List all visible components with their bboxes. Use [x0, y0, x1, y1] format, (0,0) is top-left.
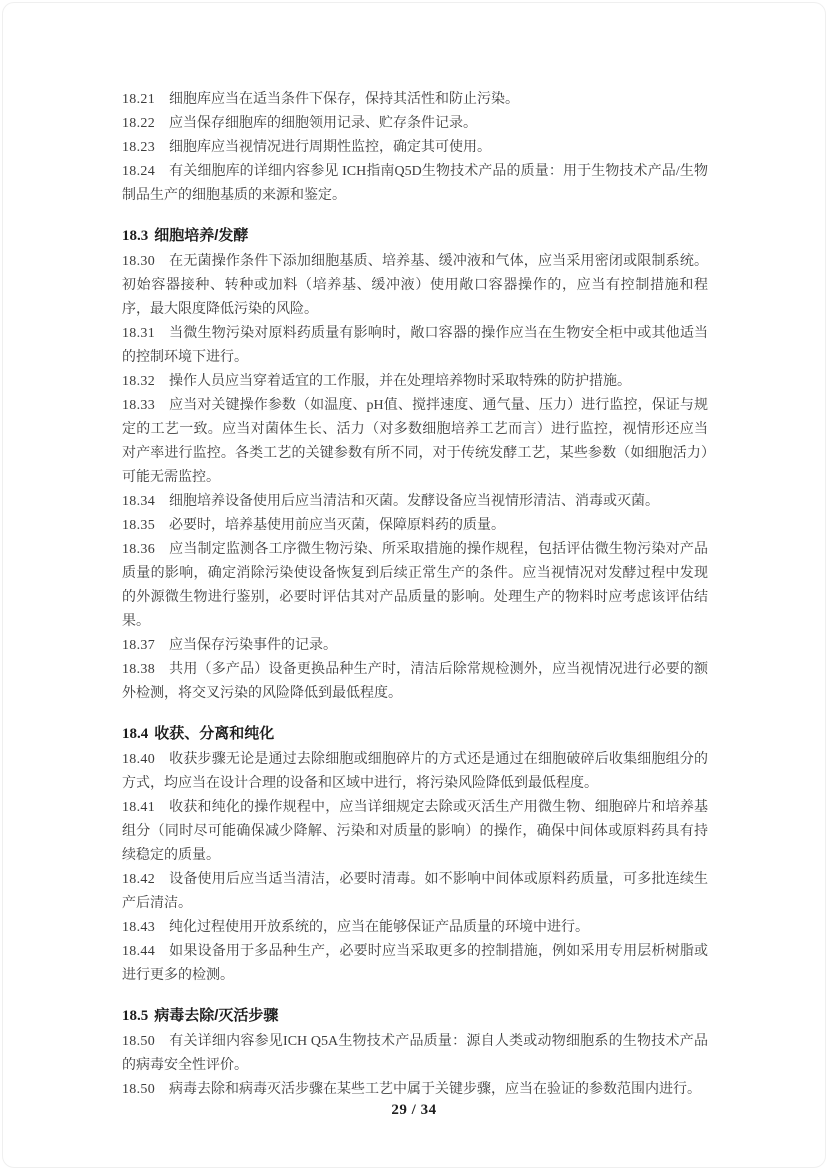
clause-text: 细胞库应当在适当条件下保存，保持其活性和防止污染。: [169, 92, 519, 107]
clause-text: 如果设备用于多品种生产，必要时应当采取更多的控制措施，例如采用专用层析树脂或进行…: [122, 944, 708, 983]
clause-number: 18.38: [122, 658, 156, 682]
clause-18-34: 18.34细胞培养设备使用后应当清洁和灭菌。发酵设备应当视情形清洁、消毒或灭菌。: [122, 490, 708, 514]
clause-number: 18.30: [122, 250, 156, 274]
clause-text: 操作人员应当穿着适宜的工作服，并在处理培养物时采取特殊的防护措施。: [169, 374, 631, 389]
clause-text: 细胞库应当视情况进行周期性监控，确定其可使用。: [169, 140, 491, 155]
clause-18-40: 18.40收获步骤无论是通过去除细胞或细胞碎片的方式还是通过在细胞破碎后收集细胞…: [122, 748, 708, 796]
clause-18-22: 18.22应当保存细胞库的细胞领用记录、贮存条件记录。: [122, 112, 708, 136]
section-title: 细胞培养/发酵: [154, 227, 248, 244]
section-number: 18.4: [122, 726, 148, 742]
clause-18-35: 18.35必要时，培养基使用前应当灭菌，保障原料药的质量。: [122, 514, 708, 538]
clause-number: 18.34: [122, 490, 156, 514]
clause-18-23: 18.23细胞库应当视情况进行周期性监控，确定其可使用。: [122, 136, 708, 160]
clause-text: 应当保存污染事件的记录。: [169, 638, 337, 653]
clause-text: 在无菌操作条件下添加细胞基质、培养基、缓冲液和气体，应当采用密闭或限制系统。初始…: [122, 254, 708, 317]
clause-text: 病毒去除和病毒灭活步骤在某些工艺中属于关键步骤，应当在验证的参数范围内进行。: [169, 1082, 701, 1097]
clause-text: 收获和纯化的操作规程中，应当详细规定去除或灭活生产用微生物、细胞碎片和培养基组分…: [122, 800, 708, 863]
section-heading-18-5: 18.5病毒去除/灭活步骤: [122, 1004, 708, 1028]
clause-number: 18.22: [122, 112, 156, 136]
clause-text: 共用（多产品）设备更换品种生产时，清洁后除常规检测外，应当视情况进行必要的额外检…: [122, 662, 708, 701]
clause-number: 18.50: [122, 1030, 156, 1054]
clause-text: 有关细胞库的详细内容参见 ICH指南Q5D生物技术产品的质量：用于生物技术产品/…: [122, 164, 708, 203]
clause-number: 18.21: [122, 88, 156, 112]
clause-number: 18.43: [122, 916, 156, 940]
clause-number: 18.24: [122, 160, 156, 184]
clause-number: 18.50: [122, 1078, 156, 1102]
clause-18-42: 18.42设备使用后应当适当清洁，必要时清毒。如不影响中间体或原料药质量，可多批…: [122, 868, 708, 916]
clause-18-36: 18.36应当制定监测各工序微生物污染、所采取措施的操作规程，包括评估微生物污染…: [122, 538, 708, 634]
clause-number: 18.44: [122, 940, 156, 964]
page-number: 29 / 34: [0, 1102, 828, 1119]
document-content: 18.21细胞库应当在适当条件下保存，保持其活性和防止污染。 18.22应当保存…: [122, 88, 708, 1102]
clause-text: 细胞培养设备使用后应当清洁和灭菌。发酵设备应当视情形清洁、消毒或灭菌。: [169, 494, 659, 509]
clause-18-50-a: 18.50有关详细内容参见ICH Q5A生物技术产品质量：源自人类或动物细胞系的…: [122, 1030, 708, 1078]
clause-18-44: 18.44如果设备用于多品种生产，必要时应当采取更多的控制措施，例如采用专用层析…: [122, 940, 708, 988]
clause-18-32: 18.32操作人员应当穿着适宜的工作服，并在处理培养物时采取特殊的防护措施。: [122, 370, 708, 394]
clause-text: 应当对关键操作参数（如温度、pH值、搅拌速度、通气量、压力）进行监控，保证与规定…: [122, 398, 708, 485]
clause-18-31: 18.31当微生物污染对原料药质量有影响时，敞口容器的操作应当在生物安全柜中或其…: [122, 322, 708, 370]
clause-18-50-b: 18.50病毒去除和病毒灭活步骤在某些工艺中属于关键步骤，应当在验证的参数范围内…: [122, 1078, 708, 1102]
section-heading-18-4: 18.4收获、分离和纯化: [122, 722, 708, 746]
clause-number: 18.33: [122, 394, 156, 418]
clause-18-33: 18.33应当对关键操作参数（如温度、pH值、搅拌速度、通气量、压力）进行监控，…: [122, 394, 708, 490]
clause-text: 纯化过程使用开放系统的，应当在能够保证产品质量的环境中进行。: [169, 920, 589, 935]
clause-text: 必要时，培养基使用前应当灭菌，保障原料药的质量。: [169, 518, 505, 533]
clause-18-43: 18.43纯化过程使用开放系统的，应当在能够保证产品质量的环境中进行。: [122, 916, 708, 940]
clause-text: 当微生物污染对原料药质量有影响时，敞口容器的操作应当在生物安全柜中或其他适当的控…: [122, 326, 708, 365]
section-number: 18.3: [122, 228, 148, 244]
clause-number: 18.31: [122, 322, 156, 346]
clause-number: 18.32: [122, 370, 156, 394]
section-heading-18-3: 18.3细胞培养/发酵: [122, 224, 708, 248]
clause-18-24: 18.24有关细胞库的详细内容参见 ICH指南Q5D生物技术产品的质量：用于生物…: [122, 160, 708, 208]
clause-number: 18.40: [122, 748, 156, 772]
clause-18-38: 18.38共用（多产品）设备更换品种生产时，清洁后除常规检测外，应当视情况进行必…: [122, 658, 708, 706]
clause-18-21: 18.21细胞库应当在适当条件下保存，保持其活性和防止污染。: [122, 88, 708, 112]
clause-text: 应当制定监测各工序微生物污染、所采取措施的操作规程，包括评估微生物污染对产品质量…: [122, 542, 708, 629]
clause-18-30: 18.30在无菌操作条件下添加细胞基质、培养基、缓冲液和气体，应当采用密闭或限制…: [122, 250, 708, 322]
clause-number: 18.37: [122, 634, 156, 658]
section-title: 病毒去除/灭活步骤: [154, 1007, 278, 1024]
clause-number: 18.41: [122, 796, 156, 820]
clause-number: 18.35: [122, 514, 156, 538]
clause-number: 18.23: [122, 136, 156, 160]
clause-text: 应当保存细胞库的细胞领用记录、贮存条件记录。: [169, 116, 477, 131]
section-number: 18.5: [122, 1008, 148, 1024]
clause-text: 有关详细内容参见ICH Q5A生物技术产品质量：源自人类或动物细胞系的生物技术产…: [122, 1034, 708, 1073]
clause-text: 收获步骤无论是通过去除细胞或细胞碎片的方式还是通过在细胞破碎后收集细胞组分的方式…: [122, 752, 708, 791]
section-title: 收获、分离和纯化: [154, 725, 274, 742]
clause-number: 18.42: [122, 868, 156, 892]
clause-text: 设备使用后应当适当清洁，必要时清毒。如不影响中间体或原料药质量，可多批连续生产后…: [122, 872, 708, 911]
clause-18-37: 18.37应当保存污染事件的记录。: [122, 634, 708, 658]
clause-18-41: 18.41收获和纯化的操作规程中，应当详细规定去除或灭活生产用微生物、细胞碎片和…: [122, 796, 708, 868]
clause-number: 18.36: [122, 538, 156, 562]
document-page: 18.21细胞库应当在适当条件下保存，保持其活性和防止污染。 18.22应当保存…: [0, 0, 828, 1170]
